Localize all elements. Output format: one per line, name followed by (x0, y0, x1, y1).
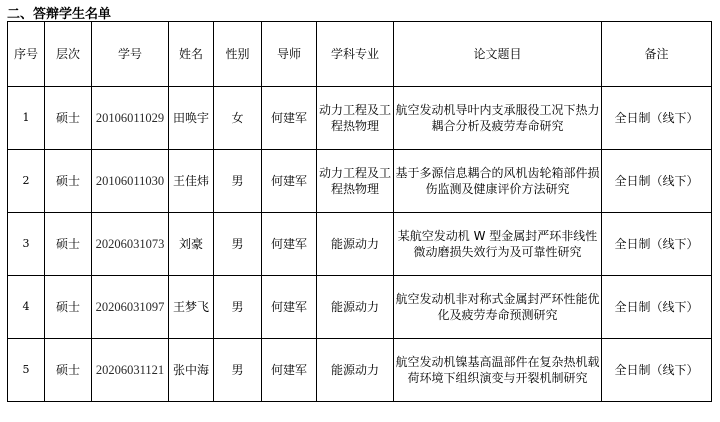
cell-name: 王梦飞 (169, 276, 214, 339)
cell-note: 全日制（线下） (602, 276, 712, 339)
table-row: 4 硕士 20206031097 王梦飞 男 何建军 能源动力 航空发动机非对称… (8, 276, 712, 339)
cell-gender: 女 (214, 87, 262, 150)
cell-advisor: 何建军 (262, 150, 317, 213)
cell-gender: 男 (214, 213, 262, 276)
table-row: 2 硕士 20106011030 王佳炜 男 何建军 动力工程及工程热物理 基于… (8, 150, 712, 213)
header-name: 姓名 (169, 22, 214, 87)
cell-index: 3 (8, 213, 45, 276)
cell-student-id: 20106011029 (92, 87, 169, 150)
cell-student-id: 20206031121 (92, 339, 169, 402)
cell-thesis: 航空发动机镍基高温部件在复杂热机载荷环境下组织演变与开裂机制研究 (394, 339, 602, 402)
header-level: 层次 (45, 22, 92, 87)
cell-student-id: 20206031073 (92, 213, 169, 276)
header-student-id: 学号 (92, 22, 169, 87)
cell-gender: 男 (214, 150, 262, 213)
cell-student-id: 20206031097 (92, 276, 169, 339)
table-header-row: 序号 层次 学号 姓名 性别 导师 学科专业 论文题目 备注 (8, 22, 712, 87)
header-index: 序号 (8, 22, 45, 87)
cell-name: 刘豪 (169, 213, 214, 276)
cell-thesis: 航空发动机非对称式金属封严环性能优化及疲劳寿命预测研究 (394, 276, 602, 339)
cell-thesis: 基于多源信息耦合的风机齿轮箱部件损伤监测及健康评价方法研究 (394, 150, 602, 213)
cell-major: 能源动力 (317, 339, 394, 402)
cell-note: 全日制（线下） (602, 87, 712, 150)
cell-note: 全日制（线下） (602, 150, 712, 213)
header-major: 学科专业 (317, 22, 394, 87)
cell-major: 动力工程及工程热物理 (317, 87, 394, 150)
cell-major: 动力工程及工程热物理 (317, 150, 394, 213)
cell-major: 能源动力 (317, 213, 394, 276)
table-row: 5 硕士 20206031121 张中海 男 何建军 能源动力 航空发动机镍基高… (8, 339, 712, 402)
cell-thesis: 航空发动机导叶内支承服役工况下热力耦合分析及疲劳寿命研究 (394, 87, 602, 150)
cell-advisor: 何建军 (262, 213, 317, 276)
header-advisor: 导师 (262, 22, 317, 87)
cell-level: 硕士 (45, 339, 92, 402)
cell-index: 2 (8, 150, 45, 213)
table-row: 3 硕士 20206031073 刘豪 男 何建军 能源动力 某航空发动机 W … (8, 213, 712, 276)
section-title: 二、答辩学生名单 (7, 3, 111, 22)
cell-note: 全日制（线下） (602, 213, 712, 276)
cell-thesis: 某航空发动机 W 型金属封严环非线性微动磨损失效行为及可靠性研究 (394, 213, 602, 276)
table-row: 1 硕士 20106011029 田唤宇 女 何建军 动力工程及工程热物理 航空… (8, 87, 712, 150)
cell-student-id: 20106011030 (92, 150, 169, 213)
cell-advisor: 何建军 (262, 87, 317, 150)
cell-index: 1 (8, 87, 45, 150)
header-thesis: 论文题目 (394, 22, 602, 87)
cell-level: 硕士 (45, 87, 92, 150)
cell-gender: 男 (214, 339, 262, 402)
cell-index: 5 (8, 339, 45, 402)
cell-name: 王佳炜 (169, 150, 214, 213)
cell-level: 硕士 (45, 276, 92, 339)
cell-advisor: 何建军 (262, 276, 317, 339)
cell-level: 硕士 (45, 150, 92, 213)
cell-note: 全日制（线下） (602, 339, 712, 402)
cell-major: 能源动力 (317, 276, 394, 339)
header-gender: 性别 (214, 22, 262, 87)
cell-gender: 男 (214, 276, 262, 339)
cell-level: 硕士 (45, 213, 92, 276)
cell-index: 4 (8, 276, 45, 339)
cell-name: 田唤宇 (169, 87, 214, 150)
header-note: 备注 (602, 22, 712, 87)
cell-advisor: 何建军 (262, 339, 317, 402)
cell-name: 张中海 (169, 339, 214, 402)
defense-students-table: 序号 层次 学号 姓名 性别 导师 学科专业 论文题目 备注 1 硕士 2010… (7, 21, 712, 402)
